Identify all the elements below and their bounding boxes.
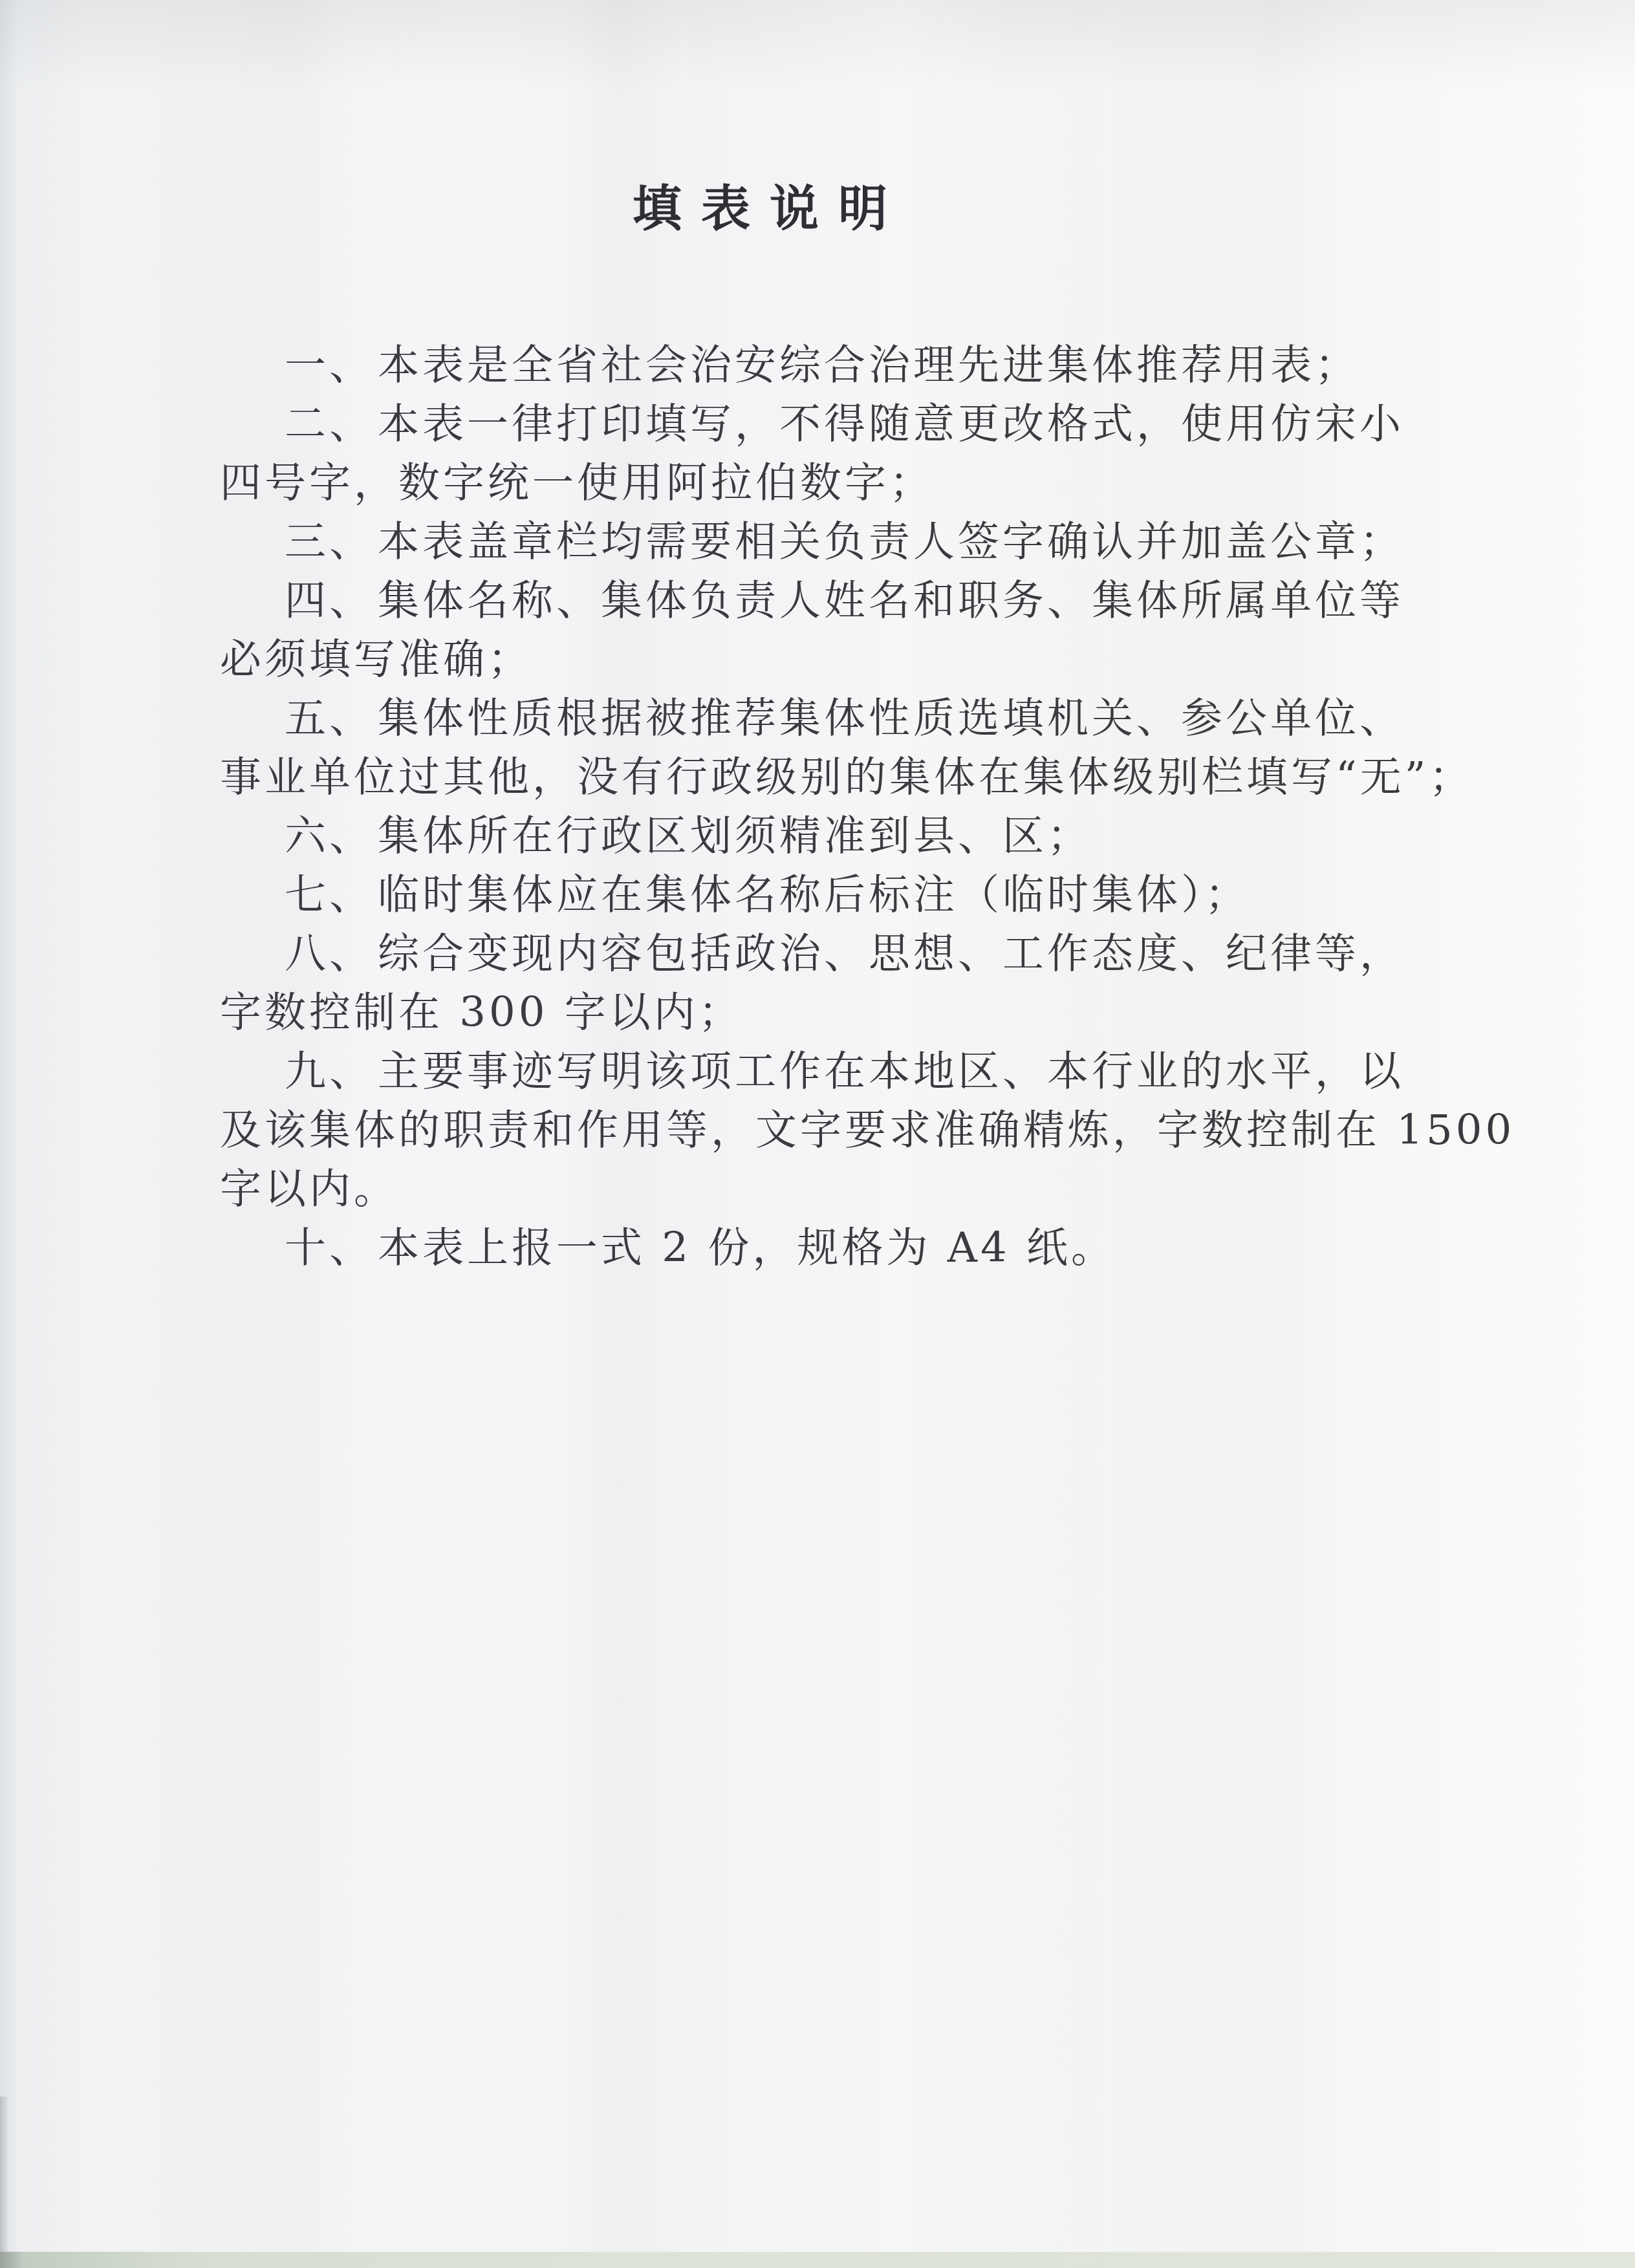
instruction-line: 十、本表上报一式 2 份，规格为 A4 纸。	[220, 1219, 1358, 1278]
item-number: 六、	[285, 812, 374, 860]
instructions-list: 一、本表是全省社会治安综合治理先进集体推荐用表；二、本表一律打印填写，不得随意更…	[220, 336, 1358, 1278]
instruction-line: 八、综合变现内容包括政治、思想、工作态度、纪律等，	[220, 925, 1358, 984]
page-title: 填表说明	[220, 169, 1319, 240]
instruction-line: 三、本表盖章栏均需要相关负责人签字确认并加盖公章；	[220, 513, 1358, 572]
item-number: 一、	[285, 341, 374, 389]
item-number: 五、	[285, 695, 374, 742]
item-number: 八、	[285, 930, 374, 978]
scanned-page: 填表说明 一、本表是全省社会治安综合治理先进集体推荐用表；二、本表一律打印填写，…	[0, 0, 1635, 2268]
instruction-line: 字数控制在 300 字以内；	[220, 984, 1358, 1042]
item-number: 二、	[285, 400, 374, 448]
item-text: 临时集体应在集体名称后标注（临时集体）；	[378, 871, 1250, 919]
item-text: 本表盖章栏均需要相关负责人签字确认并加盖公章；	[378, 518, 1404, 566]
item-text: 主要事迹写明该项工作在本地区、本行业的水平，以	[378, 1048, 1404, 1096]
item-text: 集体所在行政区划须精准到县、区；	[378, 812, 1092, 860]
instruction-line: 四号字，数字统一使用阿拉伯数字；	[220, 454, 1358, 513]
instruction-line: 九、主要事迹写明该项工作在本地区、本行业的水平，以	[220, 1042, 1358, 1101]
item-text: 综合变现内容包括政治、思想、工作态度、纪律等，	[378, 930, 1404, 978]
item-number: 三、	[285, 518, 374, 566]
item-text: 本表上报一式 2 份，规格为 A4 纸。	[378, 1224, 1116, 1272]
item-text: 集体性质根据被推荐集体性质选填机关、参公单位、	[378, 695, 1404, 742]
item-text: 本表是全省社会治安综合治理先进集体推荐用表；	[378, 341, 1359, 389]
instruction-line: 二、本表一律打印填写，不得随意更改格式，使用仿宋小	[220, 395, 1358, 454]
item-text: 本表一律打印填写，不得随意更改格式，使用仿宋小	[378, 400, 1404, 448]
instruction-line: 七、临时集体应在集体名称后标注（临时集体）；	[220, 866, 1358, 925]
instruction-line: 一、本表是全省社会治安综合治理先进集体推荐用表；	[220, 336, 1358, 395]
scan-left-edge-shadow	[0, 2097, 9, 2252]
instruction-line: 事业单位过其他，没有行政级别的集体在集体级别栏填写“无”；	[220, 748, 1358, 807]
instruction-line: 必须填写准确；	[220, 631, 1358, 689]
item-text: 必须填写准确；	[220, 636, 532, 684]
item-text: 字以内。	[220, 1165, 398, 1213]
item-text: 事业单位过其他，没有行政级别的集体在集体级别栏填写“无”；	[220, 753, 1473, 801]
instruction-line: 字以内。	[220, 1160, 1358, 1219]
instruction-line: 六、集体所在行政区划须精准到县、区；	[220, 807, 1358, 866]
item-number: 七、	[285, 871, 374, 919]
instruction-line: 四、集体名称、集体负责人姓名和职务、集体所属单位等	[220, 572, 1358, 631]
item-text: 字数控制在 300 字以内；	[220, 989, 743, 1037]
item-text: 集体名称、集体负责人姓名和职务、集体所属单位等	[378, 577, 1404, 625]
scan-bottom-band	[0, 2252, 1635, 2268]
instruction-line: 五、集体性质根据被推荐集体性质选填机关、参公单位、	[220, 689, 1358, 748]
item-number: 四、	[285, 577, 374, 625]
item-number: 十、	[285, 1224, 374, 1272]
item-text: 四号字，数字统一使用阿拉伯数字；	[220, 459, 934, 507]
item-number: 九、	[285, 1048, 374, 1096]
instruction-line: 及该集体的职责和作用等，文字要求准确精炼，字数控制在 1500	[220, 1101, 1358, 1160]
item-text: 及该集体的职责和作用等，文字要求准确精炼，字数控制在 1500	[220, 1107, 1515, 1154]
